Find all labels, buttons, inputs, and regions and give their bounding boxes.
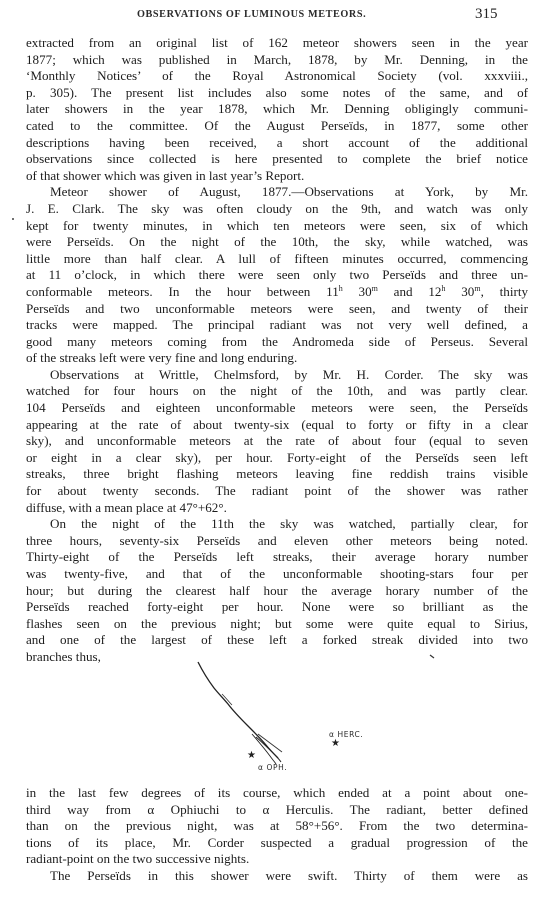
- text-line: than on the previous night, was at 58°+5…: [26, 818, 528, 835]
- paragraph-start-line: Observations at Writtle, Chelmsford, by …: [26, 367, 528, 384]
- text-line: 1877; which was published in March, 1878…: [26, 52, 528, 69]
- running-head: OBSERVATIONS OF LUMINOUS METEORS. 315: [0, 6, 550, 26]
- text-line: third way from α Ophiuchi to α Herculis.…: [26, 802, 528, 819]
- text-fragment: conformable meteors. In the hour between…: [26, 284, 339, 299]
- paragraph-end-line: radiant-point on the two successive nigh…: [26, 851, 528, 868]
- paragraph-end-line: of that shower which was given in last y…: [26, 168, 528, 185]
- text-line: kept for twenty minutes, in which ten me…: [26, 218, 528, 235]
- text-line: sky), and unconformable meteors at the r…: [26, 433, 528, 450]
- text-line: tions of its place, Mr. Corder suspected…: [26, 835, 528, 852]
- forked-streak-drawing: [0, 630, 550, 780]
- text-line: for about twenty seconds. The radiant po…: [26, 483, 528, 500]
- text-line: later showers in the year 1878, which Mr…: [26, 101, 528, 118]
- text-line: 104 Perseïds and eighteen unconformable …: [26, 400, 528, 417]
- text-line: ‘Monthly Notices’ of the Royal Astronomi…: [26, 68, 528, 85]
- text-line: appearing at the rate of about twenty-si…: [26, 417, 528, 434]
- star-icon: ★: [247, 751, 256, 761]
- text-line: three hours, seventy-six Perseïds and el…: [26, 533, 528, 550]
- text-fragment: 30: [445, 284, 474, 299]
- running-title: OBSERVATIONS OF LUMINOUS METEORS.: [137, 9, 366, 20]
- star-icon: ★: [331, 739, 340, 749]
- alpha-ophiuchi-label: α OPH.: [258, 763, 287, 772]
- paragraph-start-line: On the night of the 11th the sky was wat…: [26, 516, 528, 533]
- text-line: extracted from an original list of 162 m…: [26, 35, 528, 52]
- text-line: hour; but during the clearest half hour …: [26, 583, 528, 600]
- text-line: streaks, three bright flashing meteors l…: [26, 466, 528, 483]
- text-line: Thirty-eight of the Perseïds left streak…: [26, 549, 528, 566]
- text-line: p. 305). The present list includes also …: [26, 85, 528, 102]
- text-fragment: and 12: [378, 284, 442, 299]
- timeline-text-line: conformable meteors. In the hour between…: [26, 284, 528, 301]
- text-line: at 11 o’clock, in which there were seen …: [26, 267, 528, 284]
- meteor-streak-figure: ★ α OPH. α HERC. ★: [0, 630, 550, 780]
- text-fragment: 30: [343, 284, 372, 299]
- text-fragment: , thirty: [481, 284, 528, 299]
- paragraph-start-line: Meteor shower of August, 1877.—Observati…: [26, 184, 528, 201]
- page-number: 315: [475, 6, 498, 23]
- text-line: was twenty-five, and that of the unconfo…: [26, 566, 528, 583]
- text-line: watched for four hours on the night of t…: [26, 383, 528, 400]
- text-line: little more than half clear. A lull of f…: [26, 251, 528, 268]
- text-line: tracks were mapped. The principal radian…: [26, 317, 528, 334]
- text-line: or eight in a clear sky), per hour. Fort…: [26, 450, 528, 467]
- paragraph-start-line: The Perseïds in this shower were swift. …: [26, 868, 528, 885]
- body-text-bottom: in the last few degrees of its course, w…: [26, 785, 528, 885]
- paragraph-end-line: of the streaks left were very fine and l…: [26, 350, 528, 367]
- text-line: Perseïds reached forty-eight per hour. N…: [26, 599, 528, 616]
- body-text-top: extracted from an original list of 162 m…: [26, 35, 528, 666]
- text-line: were Perseïds. On the night of the 10th,…: [26, 234, 528, 251]
- text-line: Perseïds and two unconformable meteors w…: [26, 301, 528, 318]
- text-line: observations since collected is here pre…: [26, 151, 528, 168]
- text-line: J. E. Clark. The sky was often cloudy on…: [26, 201, 528, 218]
- margin-speck: [12, 218, 14, 220]
- text-line: descriptions having been received, a sho…: [26, 135, 528, 152]
- text-line: in the last few degrees of its course, w…: [26, 785, 528, 802]
- paragraph-end-line: diffuse, with a mean place at 47°+62°.: [26, 500, 528, 517]
- text-line: cated to the committee. Of the August Pe…: [26, 118, 528, 135]
- book-page: OBSERVATIONS OF LUMINOUS METEORS. 315 ex…: [0, 0, 550, 900]
- text-line: good many meteors coming from the Androm…: [26, 334, 528, 351]
